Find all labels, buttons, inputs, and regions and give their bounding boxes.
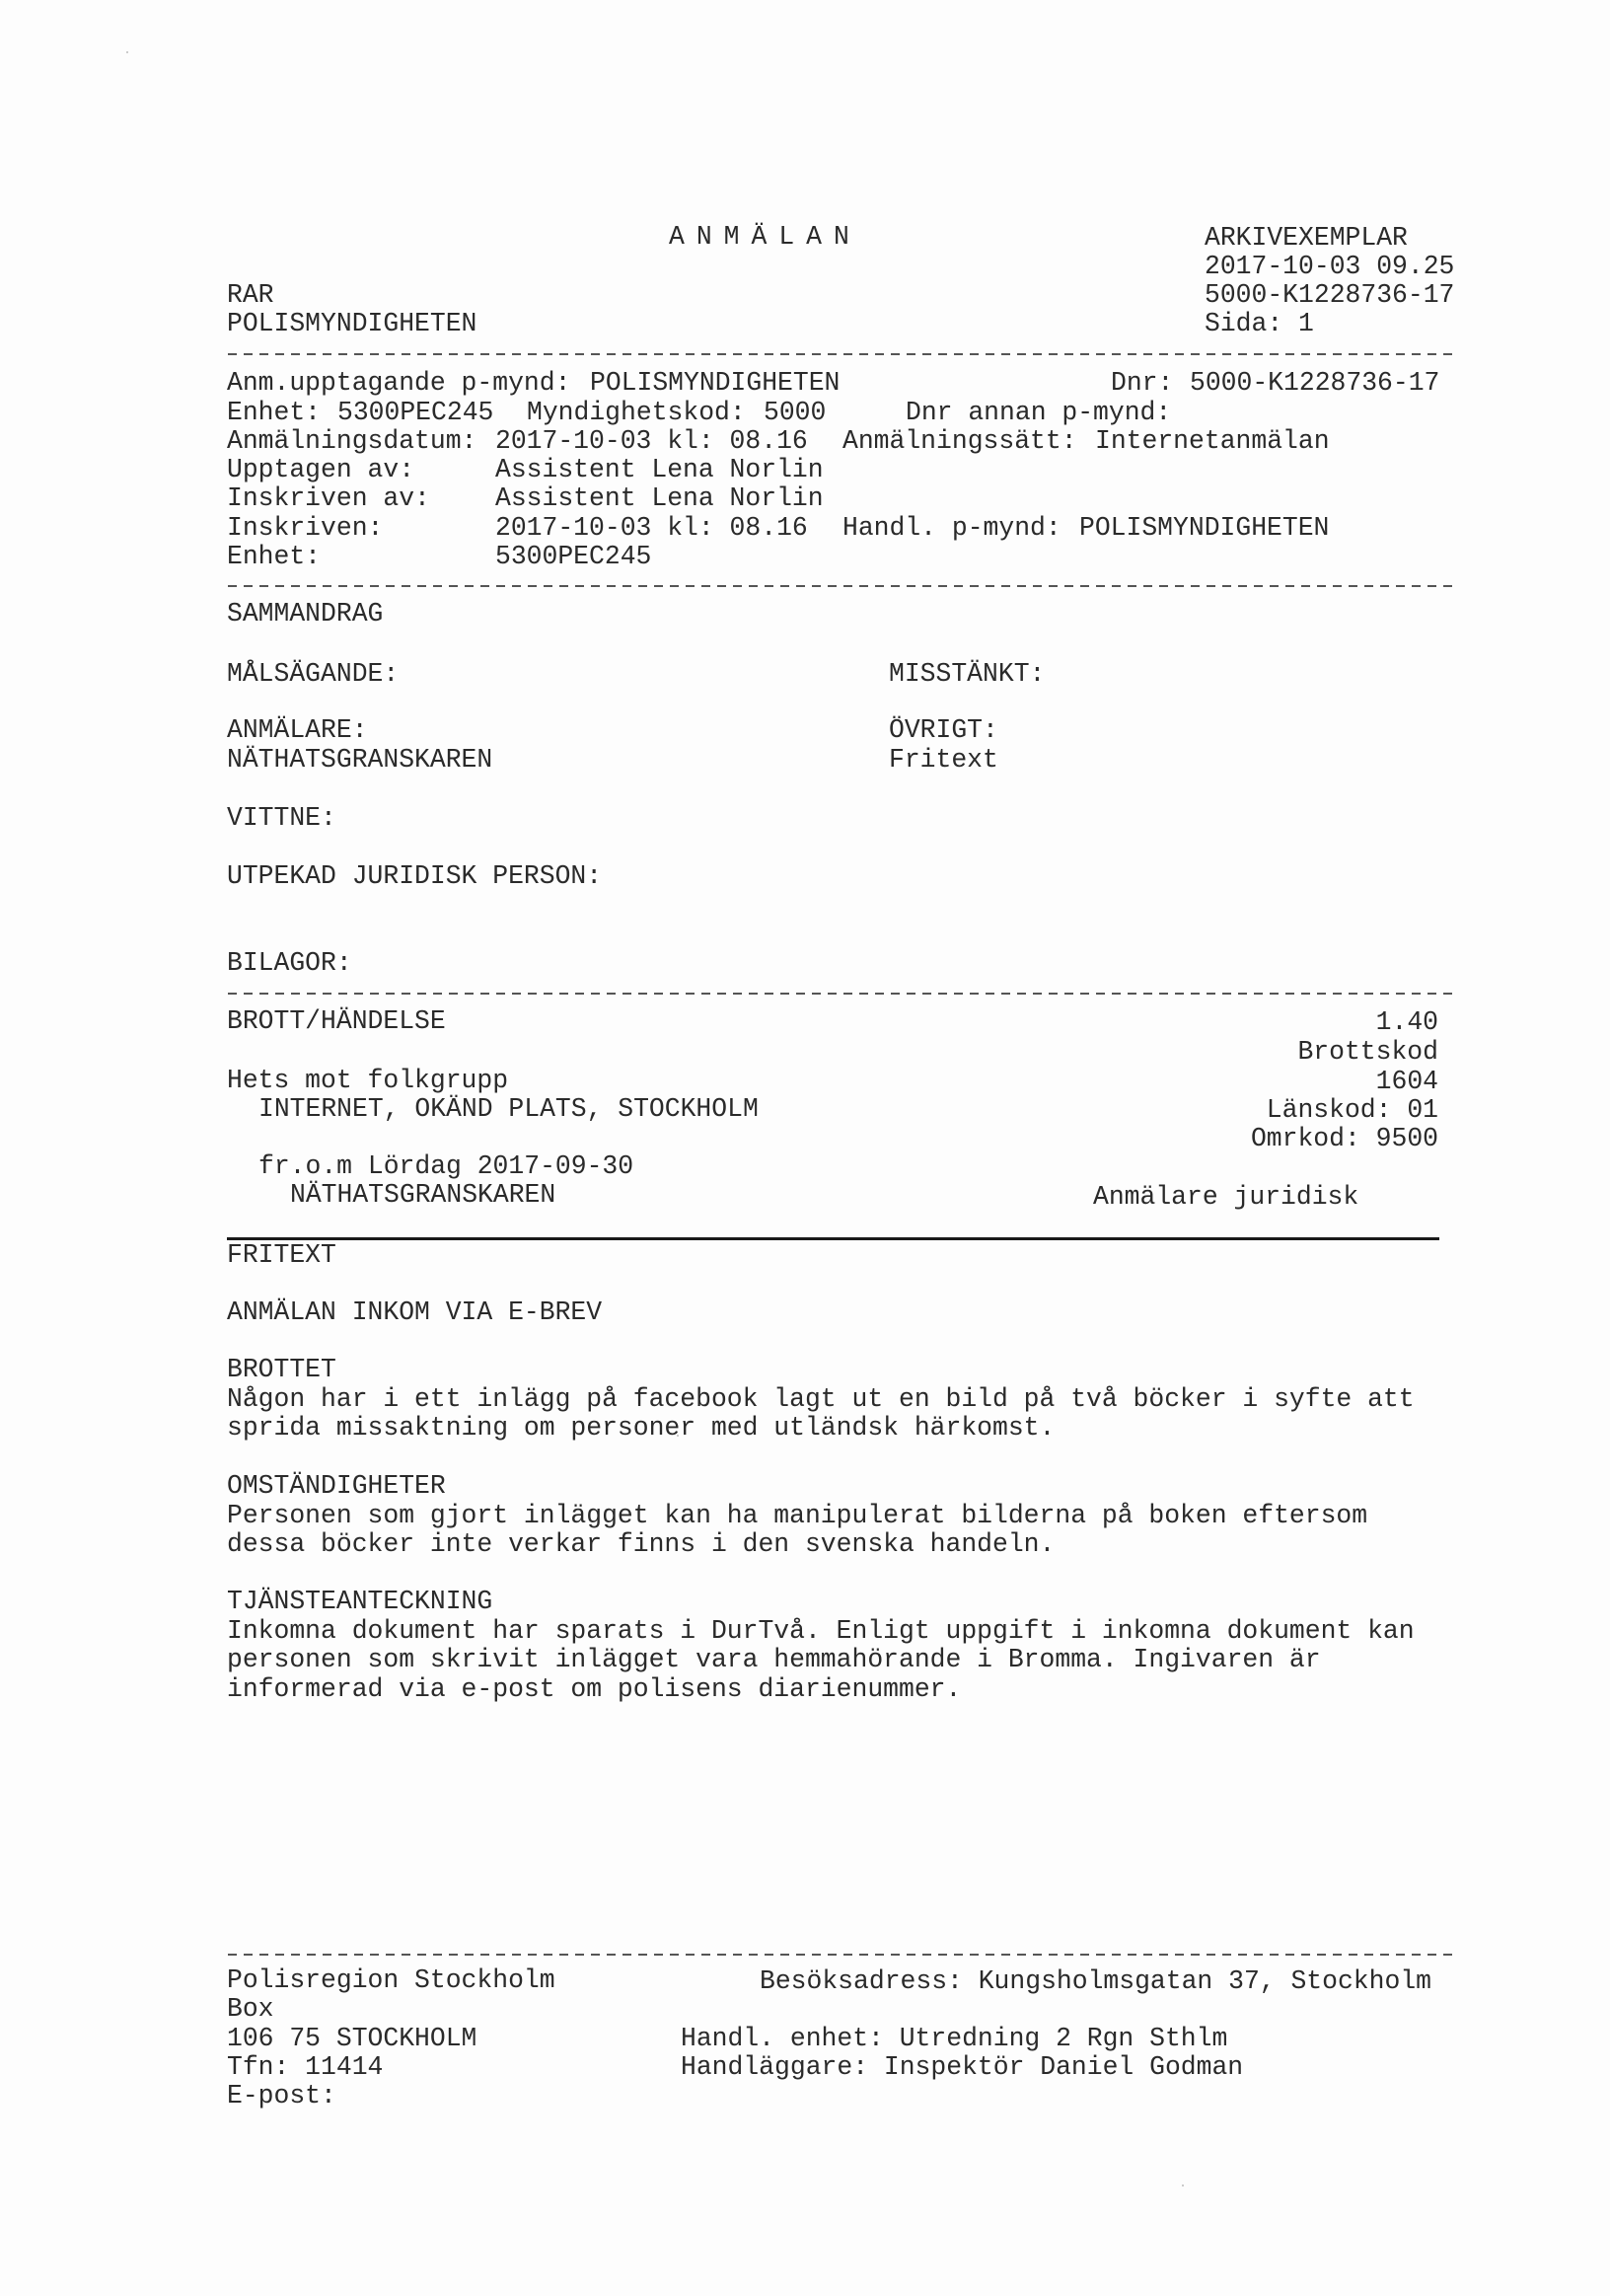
other-value: Fritext	[889, 745, 998, 775]
org-line-1: RAR	[227, 280, 274, 310]
footer-postal: 106 75 STOCKHOLM	[227, 2024, 476, 2053]
suspect-label: MISSTÄNKT:	[889, 659, 1045, 689]
freetext-section-heading: BROTTET	[227, 1355, 336, 1384]
plaintiff-label: MÅLSÄGANDE:	[227, 659, 399, 689]
freetext-line: dessa böcker inte verkar finns i den sve…	[227, 1529, 1055, 1559]
dnr-value: 5000-K1228736-17	[1190, 368, 1439, 398]
taken-by: Assistent Lena Norlin	[495, 455, 824, 484]
report-method: Internetanmälan	[1095, 426, 1330, 456]
copy-type: ARKIVEXEMPLAR	[1205, 223, 1408, 253]
freetext-section-heading: OMSTÄNDIGHETER	[227, 1471, 446, 1501]
divider	[228, 585, 1453, 587]
unit2-label: Enhet:	[227, 542, 321, 571]
section-rule	[227, 1237, 1439, 1240]
unit-value: 5300PEC245	[337, 398, 493, 427]
entered-by-label: Inskriven av:	[227, 483, 430, 513]
reporter-name: NÄTHATSGRANSKAREN	[227, 745, 492, 775]
unit2-value: 5300PEC245	[495, 542, 651, 571]
offense-reporter: NÄTHATSGRANSKAREN	[290, 1180, 555, 1210]
freetext-line: sprida missaktning om personer med utlän…	[227, 1413, 1055, 1443]
police-report-page: ANMÄLAN ARKIVEXEMPLAR 2017-10-03 09.25 R…	[0, 0, 1610, 2296]
witness-label: VITTNE:	[227, 803, 336, 833]
footer-visit-address: Besöksadress: Kungsholmsgatan 37, Stockh…	[760, 1966, 1431, 1996]
freetext-line: personen som skrivit inlägget vara hemma…	[227, 1645, 1321, 1674]
scan-speck	[1182, 2185, 1184, 2186]
footer-region: Polisregion Stockholm	[227, 1965, 555, 1995]
document-title: ANMÄLAN	[669, 222, 861, 252]
offense-code-label: Brottskod	[1297, 1037, 1438, 1067]
summary-heading: SAMMANDRAG	[227, 599, 383, 629]
authority-code: 5000	[764, 398, 826, 427]
report-date-label: Anmälningsdatum:	[227, 426, 476, 456]
freetext-line: Någon har i ett inlägg på facebook lagt …	[227, 1384, 1415, 1414]
offense-location: INTERNET, OKÄND PLATS, STOCKHOLM	[258, 1094, 759, 1124]
dnr-label: Dnr:	[1111, 368, 1173, 398]
offense-code: 1604	[1376, 1067, 1438, 1096]
footer-phone: Tfn: 11414	[227, 2052, 383, 2082]
footer-handler: Handläggare: Inspektör Daniel Godman	[681, 2052, 1243, 2082]
freetext-intro: ANMÄLAN INKOM VIA E-BREV	[227, 1297, 602, 1327]
legal-person-label: UTPEKAD JURIDISK PERSON:	[227, 861, 602, 891]
entered-date: 2017-10-03 kl: 08.16	[495, 513, 808, 543]
freetext-line: Personen som gjort inlägget kan ha manip…	[227, 1501, 1367, 1530]
offense-number: 1.40	[1376, 1007, 1438, 1037]
printed-timestamp: 2017-10-03 09.25	[1205, 252, 1454, 281]
taken-by-label: Upptagen av:	[227, 455, 414, 484]
entered-label: Inskriven:	[227, 513, 383, 543]
receiving-authority: POLISMYNDIGHETEN	[590, 368, 840, 398]
offense-reporter-type: Anmälare juridisk	[1093, 1182, 1358, 1212]
authority-code-label: Myndighetskod:	[527, 398, 746, 427]
freetext-heading: FRITEXT	[227, 1240, 336, 1270]
divider	[228, 993, 1453, 995]
other-label: ÖVRIGT:	[889, 715, 998, 745]
other-dnr-label: Dnr annan p-mynd:	[906, 398, 1171, 427]
scan-speck	[126, 51, 128, 53]
attachments-label: BILAGOR:	[227, 948, 352, 978]
footer-divider	[228, 1954, 1453, 1956]
offense-heading: BROTT/HÄNDELSE	[227, 1006, 446, 1036]
receiving-authority-label: Anm.upptagande p-mynd:	[227, 368, 570, 398]
offense-from-date: fr.o.m Lördag 2017-09-30	[258, 1151, 633, 1181]
freetext-section-heading: TJÄNSTEANTECKNING	[227, 1587, 492, 1616]
freetext-line: Inkomna dokument har sparats i DurTvå. E…	[227, 1616, 1415, 1646]
header-case-number: 5000-K1228736-17	[1205, 280, 1454, 310]
unit-label: Enhet:	[227, 398, 321, 427]
divider	[228, 353, 1453, 355]
footer-handling-unit: Handl. enhet: Utredning 2 Rgn Sthlm	[681, 2024, 1227, 2053]
offense-name: Hets mot folkgrupp	[227, 1066, 508, 1095]
freetext-line: informerad via e-post om polisens diarie…	[227, 1674, 961, 1704]
report-date: 2017-10-03 kl: 08.16	[495, 426, 808, 456]
page-number: Sida: 1	[1205, 309, 1314, 338]
reporter-label: ANMÄLARE:	[227, 715, 368, 745]
handling-authority: POLISMYNDIGHETEN	[1079, 513, 1329, 543]
footer-box: Box	[227, 1994, 274, 2024]
entered-by: Assistent Lena Norlin	[495, 483, 824, 513]
org-line-2: POLISMYNDIGHETEN	[227, 309, 476, 338]
report-method-label: Anmälningssätt:	[842, 426, 1077, 456]
handling-authority-label: Handl. p-mynd:	[842, 513, 1061, 543]
area-code: Omrkod: 9500	[1251, 1124, 1438, 1153]
footer-email: E-post:	[227, 2081, 336, 2111]
county-code: Länskod: 01	[1267, 1095, 1438, 1125]
